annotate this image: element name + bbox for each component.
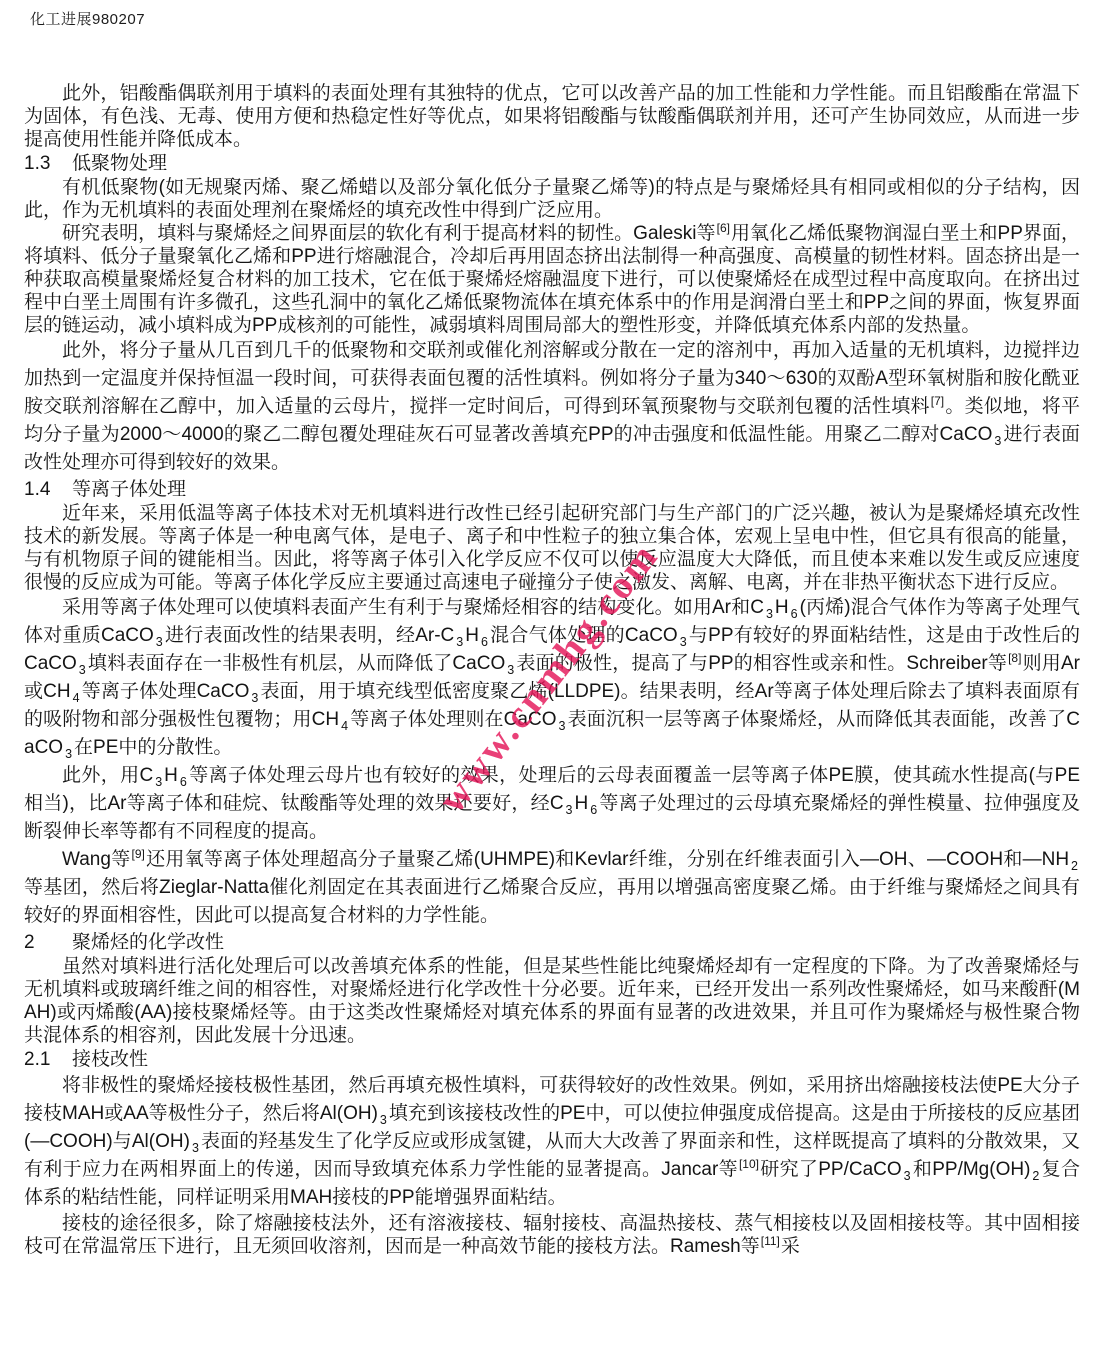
section-number: 1.3 <box>24 151 58 176</box>
section-heading: 2聚烯烃的化学改性 <box>24 930 1080 955</box>
paragraph: 接枝的途径很多，除了熔融接枝法外，还有溶液接枝、辐射接枝、高温热接枝、蒸气相接枝… <box>24 1212 1080 1258</box>
section-title: 低聚物处理 <box>72 153 167 174</box>
paragraph: 此外，用C3H6等离子体处理云母片也有较好的效果，处理后的云母表面覆盖一层等离子… <box>24 762 1080 846</box>
paragraph: 研究表明，填料与聚烯烃之间界面层的软化有利于提高材料的韧性。Galeski等[6… <box>24 222 1080 337</box>
paragraph: 有机低聚物(如无规聚丙烯、聚乙烯蜡以及部分氧化低分子量聚乙烯等)的特点是与聚烯烃… <box>24 176 1080 222</box>
section-title: 聚烯烃的化学改性 <box>72 932 224 953</box>
paragraph: Wang等[9]还用氧等离子体处理超高分子量聚乙烯(UHMPE)和Kevlar纤… <box>24 846 1080 930</box>
paragraph: 近年来，采用低温等离子体技术对无机填料进行改性已经引起研究部门与生产部门的广泛兴… <box>24 502 1080 594</box>
paragraph: 采用等离子体处理可以使填料表面产生有利于与聚烯烃相容的结构变化。如用Ar和C3H… <box>24 594 1080 762</box>
section-heading: 1.3低聚物处理 <box>24 151 1080 176</box>
journal-header: 化工进展980207 <box>30 8 145 29</box>
section-number: 1.4 <box>24 477 58 502</box>
paragraph: 将非极性的聚烯烃接枝极性基团，然后再填充极性填料，可获得较好的改性效果。例如，采… <box>24 1072 1080 1212</box>
section-heading: 2.1接枝改性 <box>24 1047 1080 1072</box>
paragraph: 此外，将分子量从几百到几千的低聚物和交联剂或催化剂溶解或分散在一定的溶剂中，再加… <box>24 337 1080 477</box>
section-number: 2 <box>24 930 58 955</box>
section-title: 接枝改性 <box>72 1049 148 1070</box>
section-title: 等离子体处理 <box>72 479 186 500</box>
scanned-document-page: { "page": { "header": "化工进展980207", "wat… <box>0 0 1102 1368</box>
paragraph: 虽然对填料进行活化处理后可以改善填充体系的性能，但是某些性能比纯聚烯烃却有一定程… <box>24 955 1080 1047</box>
document-body: 此外，铝酸酯偶联剂用于填料的表面处理有其独特的优点，它可以改善产品的加工性能和力… <box>24 82 1080 1258</box>
section-heading: 1.4等离子体处理 <box>24 477 1080 502</box>
section-number: 2.1 <box>24 1047 58 1072</box>
paragraph: 此外，铝酸酯偶联剂用于填料的表面处理有其独特的优点，它可以改善产品的加工性能和力… <box>24 82 1080 151</box>
